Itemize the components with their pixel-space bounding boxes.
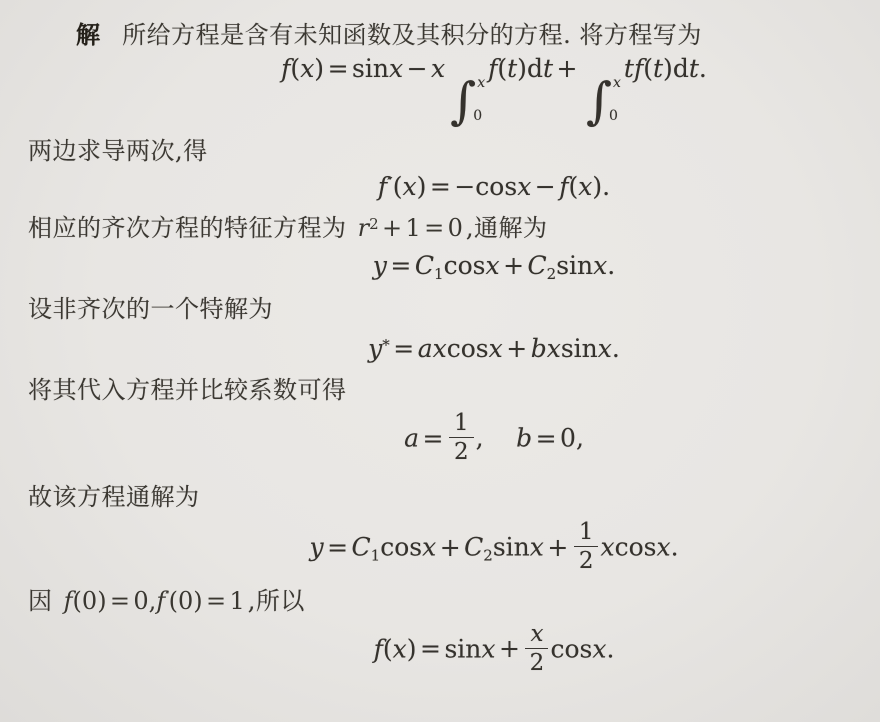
paragraph-differentiate-twice: 两边求导两次,得: [28, 136, 850, 166]
equation-second-derivative: f″(x)=−cosx−f(x).: [28, 174, 850, 199]
equation-integral-form: f(x)=sinx−x∫x0f(t)dt+∫x0tf(t)dt.: [28, 56, 850, 128]
equation-final-answer: f(x)=sinx+x2cosx.: [28, 622, 850, 675]
equation-homogeneous-general-solution: y=C1cosx+C2sinx.: [28, 253, 850, 282]
paragraph-general-solution: 故该方程通解为: [28, 482, 850, 512]
equation-coefficient-values: a=12,b=0,: [28, 411, 850, 464]
paragraph-characteristic-equation: 相应的齐次方程的特征方程为 r2+1=0,通解为: [28, 209, 850, 243]
equation-particular-solution-form: y*=axcosx+bxsinx.: [28, 336, 850, 361]
solution-intro-paragraph: 解所给方程是含有未知函数及其积分的方程. 将方程写为: [28, 20, 850, 50]
paragraph-compare-coefficients: 将其代入方程并比较系数可得: [28, 375, 850, 405]
paragraph-particular-solution-setup: 设非齐次的一个特解为: [28, 294, 850, 324]
equation-general-solution: y=C1cosx+C2sinx+12xcosx.: [28, 520, 850, 573]
textbook-page: 解所给方程是含有未知函数及其积分的方程. 将方程写为 f(x)=sinx−x∫x…: [0, 0, 880, 722]
paragraph-initial-conditions: 因 f(0)=0,f′(0)=1,所以: [28, 582, 850, 616]
